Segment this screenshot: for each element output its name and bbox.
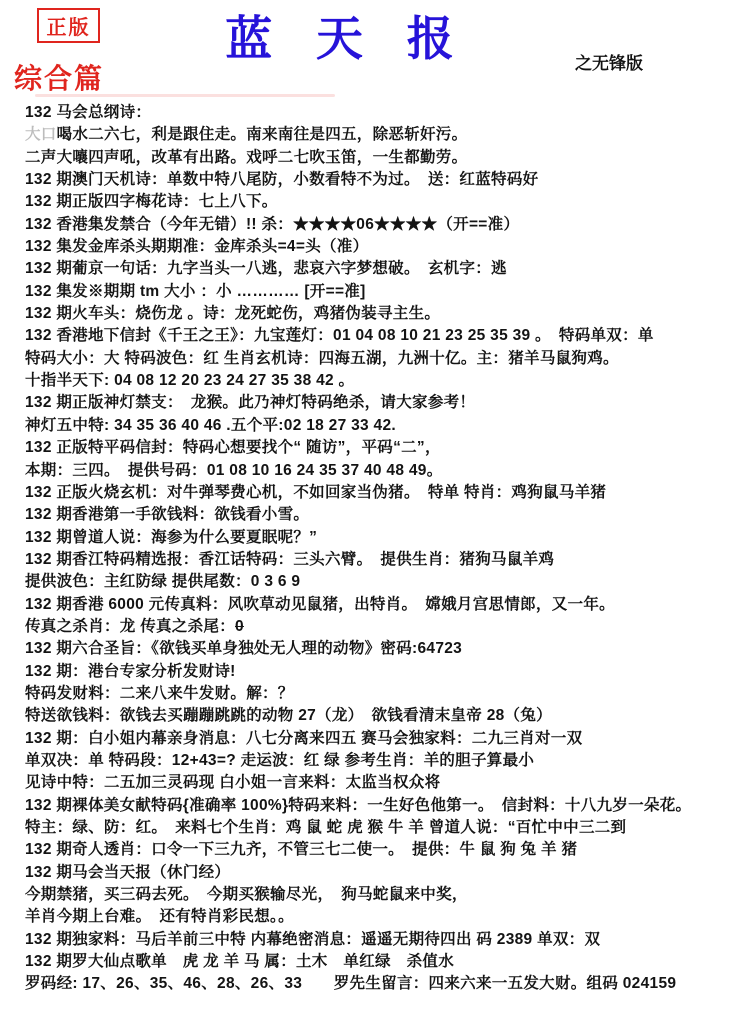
text-line: 特送欲钱料：欲钱去买蹦蹦跳跳的动物 27（龙） 欲钱看清末皇帝 28（兔） bbox=[25, 705, 731, 727]
line-text: 喝水二六七，利是跟住走。南来南往是四五，除恶斩奸污。 bbox=[57, 126, 468, 143]
line-text: 132 正版火烧玄机：对牛弹琴费心机，不如回家当伪猪。 特单 特肖：鸡狗鼠马羊猪 bbox=[25, 484, 606, 501]
line-text: 见诗中特：二五加三灵码现 白小姐一言来料：太监当权众将 bbox=[25, 774, 440, 791]
line-text: 132 期马会当天报（休门经） bbox=[25, 864, 230, 881]
text-line: 132 期奇人透肖：口令一下三九齐，不管三七二使一。 提供：牛 鼠 狗 兔 羊 … bbox=[25, 839, 731, 861]
line-text: 132 集发※期期 tm 大小 ：小 ………… [开==准] bbox=[25, 283, 366, 300]
line-text: 今期禁猪，买三码去死。 今期买猴输尽光， 狗马蛇鼠来中奖， bbox=[25, 886, 468, 903]
line-text: 神灯五中特: 34 35 36 40 46 .五个平:02 18 27 33 4… bbox=[25, 417, 396, 434]
text-line: 本期：三四。 提供号码：01 08 10 16 24 35 37 40 48 4… bbox=[25, 460, 731, 482]
line-text: 特送欲钱料：欲钱去买蹦蹦跳跳的动物 27（龙） 欲钱看清末皇帝 28（兔） bbox=[25, 707, 552, 724]
text-line: 132 期火车头：烧伤龙 。诗：龙死蛇伤，鸡猪伪装寻主生。 bbox=[25, 303, 731, 325]
text-line: 132 期正版四字梅花诗：七上八下。 bbox=[25, 191, 731, 213]
text-line: 132 期澳门天机诗：单数中特八尾防，小数看特不为过。 送：红蓝特码好 bbox=[25, 169, 731, 191]
text-line: 大口喝水二六七，利是跟住走。南来南往是四五，除恶斩奸污。 bbox=[25, 124, 731, 146]
line-text: 132 期香港 6000 元传真料：风吹草动见鼠猪，出特肖。 嫦娥月宫思情郎，又… bbox=[25, 596, 615, 613]
line-text: 特码大小：大 特码波色：红 生肖玄机诗：四海五湖，九洲十亿。主：猪羊马鼠狗鸡。 bbox=[25, 350, 619, 367]
line-text: 132 香港地下信封《千王之王》：九宝莲灯：01 04 08 10 21 23 … bbox=[25, 327, 654, 344]
text-line: 见诗中特：二五加三灵码现 白小姐一言来料：太监当权众将 bbox=[25, 772, 731, 794]
text-line: 132 期：白小姐内幕亲身消息：八七分离来四五 赛马会独家料：二九三肖对一双 bbox=[25, 728, 731, 750]
line-text: 132 期香江特码精选报：香江话特码：三头六臂。 提供生肖：猪狗马鼠羊鸡 bbox=[25, 551, 554, 568]
text-line: 羊肖今期上台难。 还有特肖彩民想。。 bbox=[25, 906, 731, 928]
text-line: 132 马会总纲诗： bbox=[25, 102, 731, 124]
text-line: 132 香港地下信封《千王之王》：九宝莲灯：01 04 08 10 21 23 … bbox=[25, 325, 731, 347]
print-artifact-line bbox=[35, 94, 335, 97]
text-line: 132 期六合圣旨：《欲钱买单身独处无人理的动物》密码:64723 bbox=[25, 638, 731, 660]
line-text: 132 马会总纲诗： bbox=[25, 104, 151, 121]
text-line: 132 正版特平码信封：特码心想要找个“ 随访”，平码“二”， bbox=[25, 437, 731, 459]
text-line: 神灯五中特: 34 35 36 40 46 .五个平:02 18 27 33 4… bbox=[25, 415, 731, 437]
line-text: 羊肖今期上台难。 还有特肖彩民想。。 bbox=[25, 908, 294, 925]
line-text: 提供波色：主红防绿 提供尾数：0 3 6 9 bbox=[25, 573, 300, 590]
line-text: 132 期罗大仙点歌单 虎 龙 羊 马 属：土木 单红绿 杀值水 bbox=[25, 953, 454, 970]
line-text: 132 期裸体美女献特码{准确率 100%}特码来料：一生好色他第一。 信封料：… bbox=[25, 797, 691, 814]
text-line: 特码大小：大 特码波色：红 生肖玄机诗：四海五湖，九洲十亿。主：猪羊马鼠狗鸡。 bbox=[25, 348, 731, 370]
line-text: 132 期香港第一手欲钱料：欲钱看小雪。 bbox=[25, 506, 309, 523]
line-text: 132 期曾道人说：海参为什么要夏眠呢？” bbox=[25, 529, 317, 546]
line-text: 本期：三四。 提供号码：01 08 10 16 24 35 37 40 48 4… bbox=[25, 462, 443, 479]
text-line: 132 集发金库杀头期期准：金库杀头=4=头（准） bbox=[25, 236, 731, 258]
text-line: 罗码经: 17、26、35、46、28、26、33 罗先生留言：四来六来一五发大… bbox=[25, 973, 731, 995]
line-text: 特码发财料：二来八来牛发财。解：？ bbox=[25, 685, 294, 702]
text-line: 132 期香港 6000 元传真料：风吹草动见鼠猪，出特肖。 嫦娥月宫思情郎，又… bbox=[25, 594, 731, 616]
line-text: 132 香港集发禁合（今年无错）!! 杀：★★★★06★★★★（开==准） bbox=[25, 216, 519, 233]
text-line: 132 正版火烧玄机：对牛弹琴费心机，不如回家当伪猪。 特单 特肖：鸡狗鼠马羊猪 bbox=[25, 482, 731, 504]
text-line: 132 期罗大仙点歌单 虎 龙 羊 马 属：土木 单红绿 杀值水 bbox=[25, 951, 731, 973]
line-text: 132 期火车头：烧伤龙 。诗：龙死蛇伤，鸡猪伪装寻主生。 bbox=[25, 305, 440, 322]
text-line: 十指半天下: 04 08 12 20 23 24 27 35 38 42 。 bbox=[25, 370, 731, 392]
line-text: 十指半天下: 04 08 12 20 23 24 27 35 38 42 。 bbox=[25, 372, 354, 389]
text-line: 132 期香港第一手欲钱料：欲钱看小雪。 bbox=[25, 504, 731, 526]
line-text: 单双决：单 特码段：12+43=? 走运波：红 绿 参考生肖：羊的胆子算最小 bbox=[25, 752, 534, 769]
line-text: 传真之杀肖：龙 传真之杀尾： bbox=[25, 618, 235, 635]
tip-sheet-body: 132 马会总纲诗： 大口喝水二六七，利是跟住走。南来南往是四五，除恶斩奸污。 … bbox=[25, 102, 731, 996]
line-text: 132 期正版四字梅花诗：七上八下。 bbox=[25, 193, 278, 210]
line-text: 132 正版特平码信封：特码心想要找个“ 随访”，平码“二”， bbox=[25, 439, 441, 456]
line-text: 132 集发金库杀头期期准：金库杀头=4=头（准） bbox=[25, 238, 368, 255]
text-line: 单双决：单 特码段：12+43=? 走运波：红 绿 参考生肖：羊的胆子算最小 bbox=[25, 750, 731, 772]
line-text: 132 期六合圣旨：《欲钱买单身独处无人理的动物》密码:64723 bbox=[25, 640, 462, 657]
text-line: 132 集发※期期 tm 大小 ：小 ………… [开==准] bbox=[25, 281, 731, 303]
text-line: 132 期葡京一句话：九字当头一八逃，悲哀六字梦想破。 玄机字：逃 bbox=[25, 258, 731, 280]
text-line: 传真之杀肖：龙 传真之杀尾：0 bbox=[25, 616, 731, 638]
line-text: 132 期奇人透肖：口令一下三九齐，不管三七二使一。 提供：牛 鼠 狗 兔 羊 … bbox=[25, 841, 577, 858]
text-line: 132 期正版神灯禁支： 龙猴。此乃神灯特码绝杀，请大家参考！ bbox=[25, 392, 731, 414]
text-line: 特主：绿、防：红。 来料七个生肖：鸡 鼠 蛇 虎 猴 牛 羊 曾道人说：“百忙中… bbox=[25, 817, 731, 839]
text-line: 132 期马会当天报（休门经） bbox=[25, 862, 731, 884]
line-text: 132 期正版神灯禁支： 龙猴。此乃神灯特码绝杀，请大家参考！ bbox=[25, 394, 475, 411]
line-text: 特主：绿、防：红。 来料七个生肖：鸡 鼠 蛇 虎 猴 牛 羊 曾道人说：“百忙中… bbox=[25, 819, 626, 836]
text-line: 特码发财料：二来八来牛发财。解：？ bbox=[25, 683, 731, 705]
struck-out-digit: 0 bbox=[235, 618, 244, 635]
line-text: 罗码经: 17、26、35、46、28、26、33 罗先生留言：四来六来一五发大… bbox=[25, 975, 676, 992]
faded-print-text: 大口 bbox=[25, 126, 57, 143]
text-line: 132 期独家料：马后羊前三中特 内幕绝密消息：遥遥无期待四出 码 2389 单… bbox=[25, 929, 731, 951]
section-heading: 综合篇 bbox=[14, 57, 104, 97]
line-text: 132 期澳门天机诗：单数中特八尾防，小数看特不为过。 送：红蓝特码好 bbox=[25, 171, 538, 188]
line-text: 132 期：白小姐内幕亲身消息：八七分离来四五 赛马会独家料：二九三肖对一双 bbox=[25, 730, 582, 747]
line-text: 132 期独家料：马后羊前三中特 内幕绝密消息：遥遥无期待四出 码 2389 单… bbox=[25, 931, 600, 948]
line-text: 132 期：港台专家分析发财诗! bbox=[25, 663, 236, 680]
text-line: 提供波色：主红防绿 提供尾数：0 3 6 9 bbox=[25, 571, 731, 593]
text-line: 132 香港集发禁合（今年无错）!! 杀：★★★★06★★★★（开==准） bbox=[25, 214, 731, 236]
text-line: 二声大嚷四声吼，改革有出路。戏呼二七吹玉笛，一生都勤劳。 bbox=[25, 147, 731, 169]
text-line: 132 期：港台专家分析发财诗! bbox=[25, 661, 731, 683]
text-line: 132 期裸体美女献特码{准确率 100%}特码来料：一生好色他第一。 信封料：… bbox=[25, 795, 731, 817]
text-line: 今期禁猪，买三码去死。 今期买猴输尽光， 狗马蛇鼠来中奖， bbox=[25, 884, 731, 906]
line-text: 132 期葡京一句话：九字当头一八逃，悲哀六字梦想破。 玄机字：逃 bbox=[25, 260, 507, 277]
text-line: 132 期曾道人说：海参为什么要夏眠呢？” bbox=[25, 527, 731, 549]
newspaper-page: 正版 蓝 天 报 之无锋版 综合篇 132 马会总纲诗： 大口喝水二六七，利是跟… bbox=[0, 0, 735, 1019]
line-text: 二声大嚷四声吼，改革有出路。戏呼二七吹玉笛，一生都勤劳。 bbox=[25, 149, 467, 166]
text-line: 132 期香江特码精选报：香江话特码：三头六臂。 提供生肖：猪狗马鼠羊鸡 bbox=[25, 549, 731, 571]
edition-label: 之无锋版 bbox=[575, 49, 643, 74]
